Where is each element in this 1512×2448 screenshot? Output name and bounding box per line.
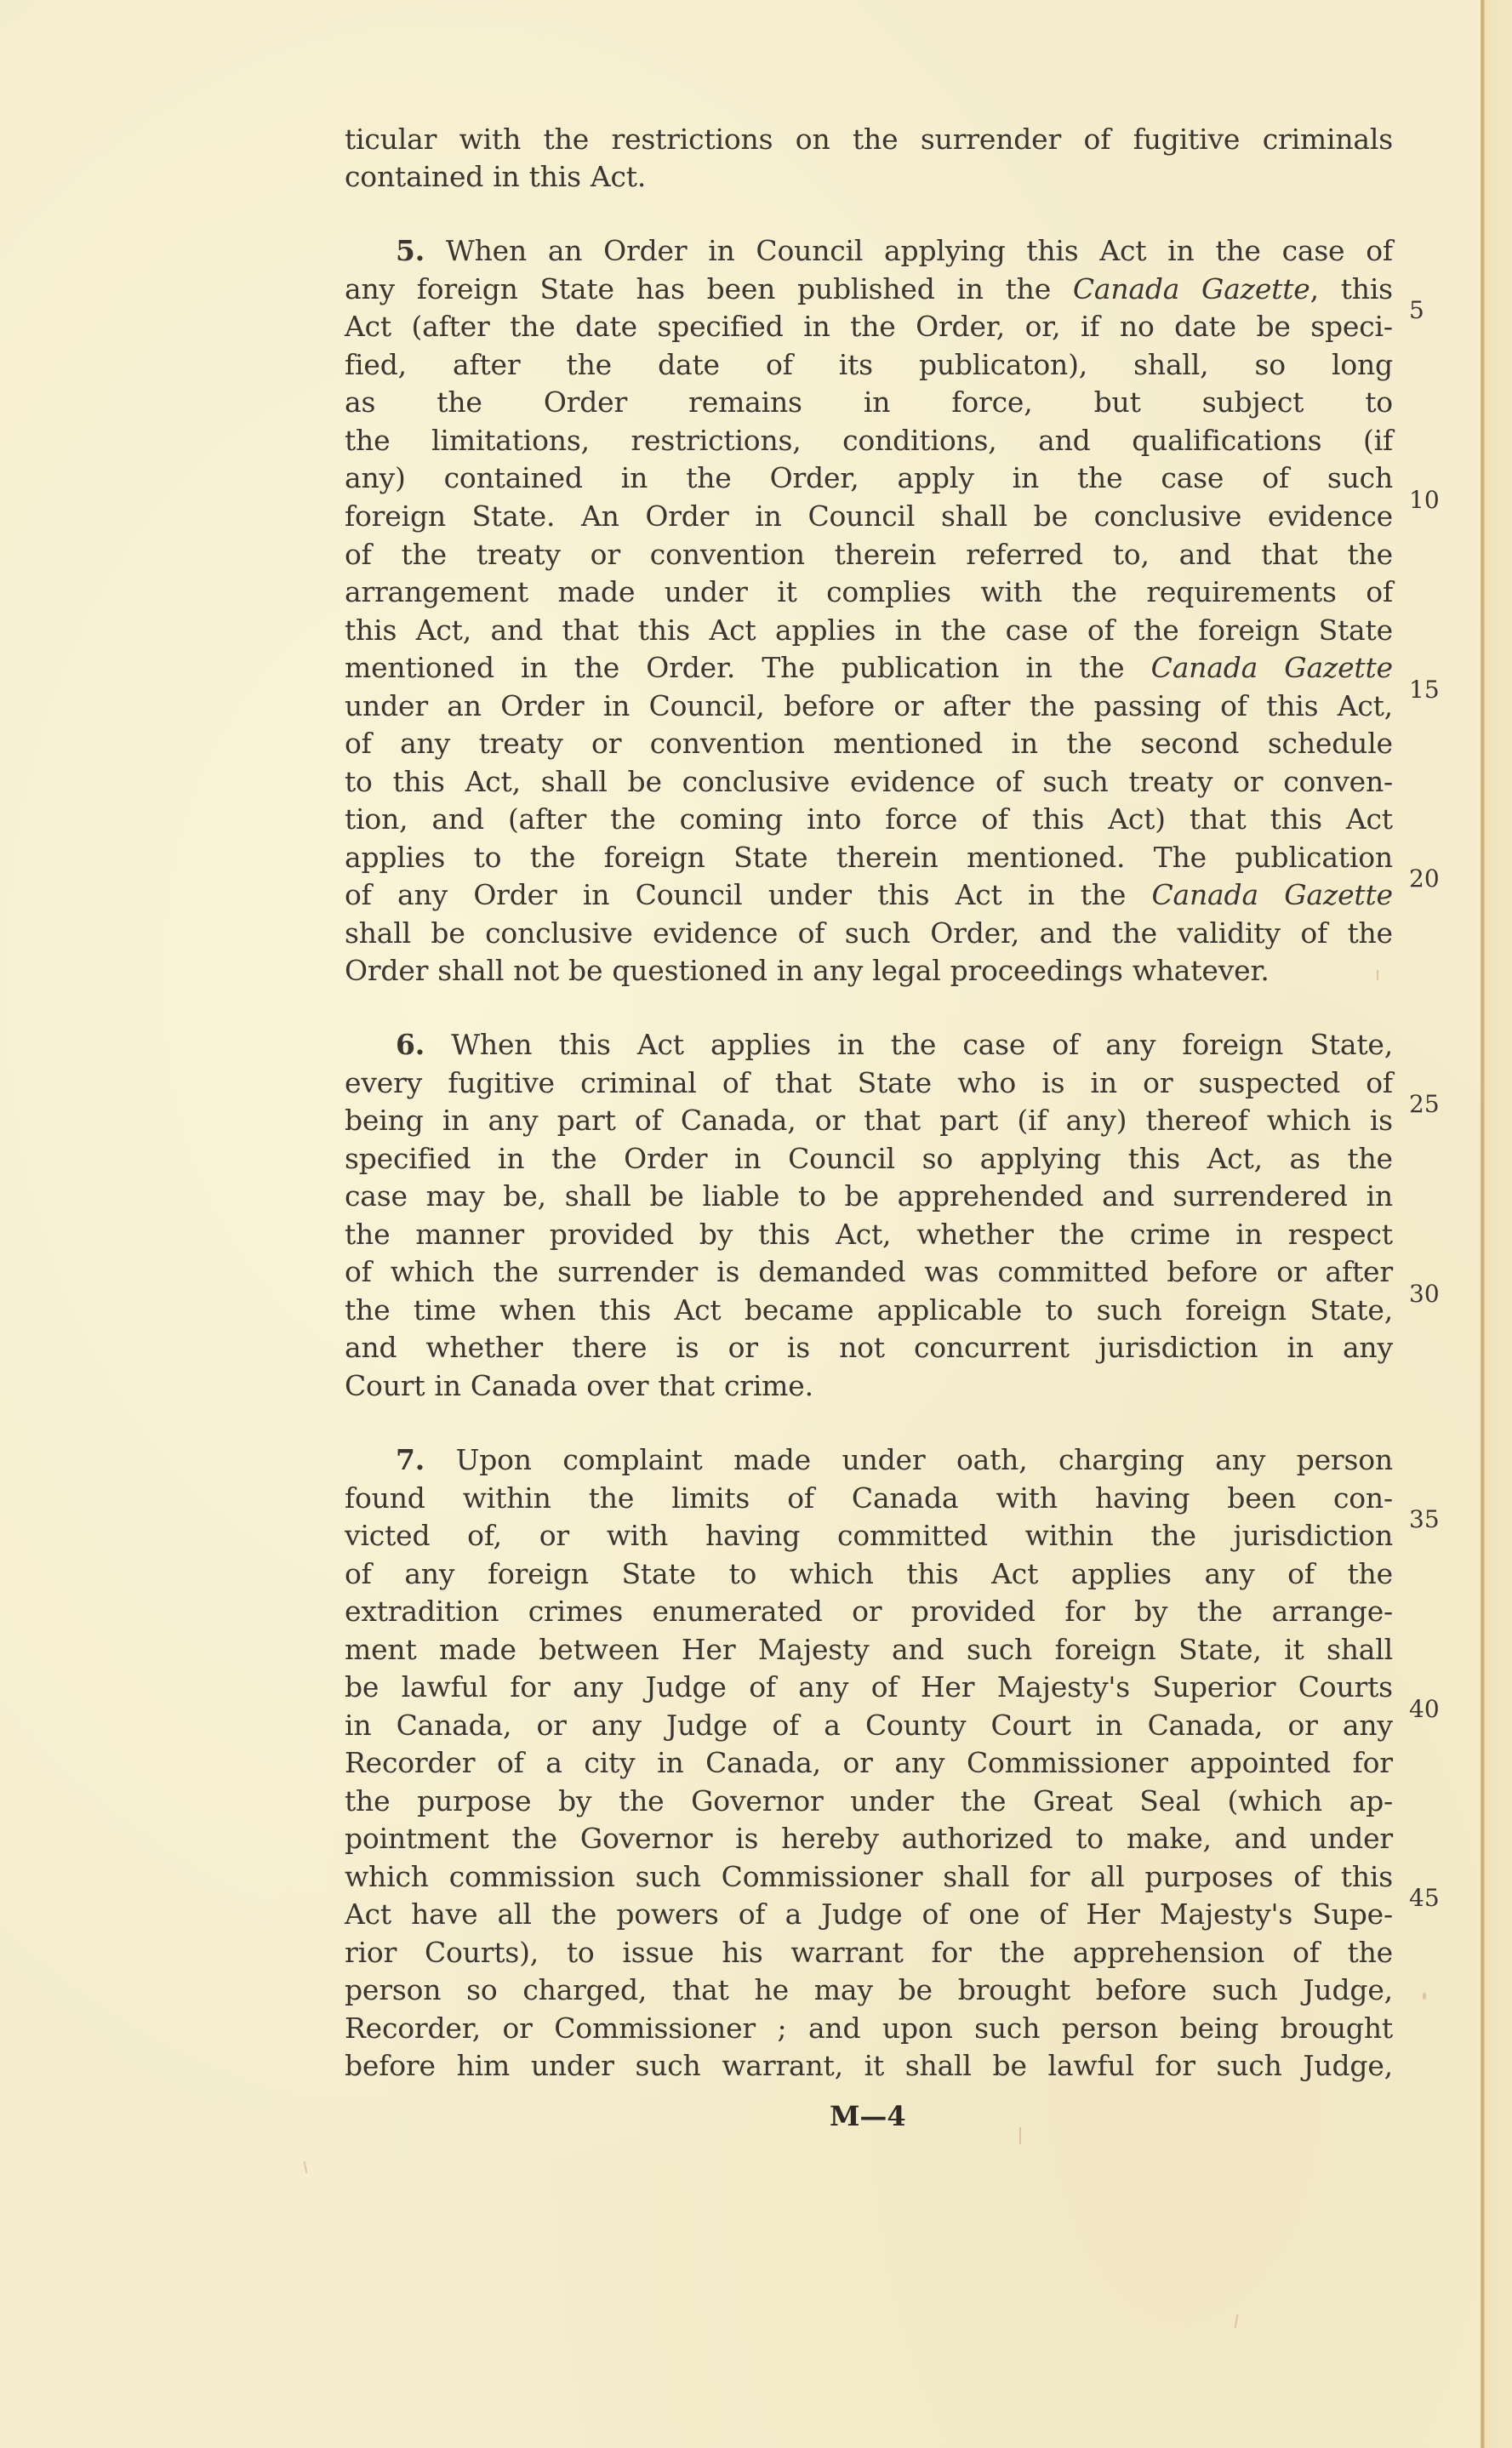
word: Act, (1338, 688, 1393, 725)
word: been (707, 271, 776, 308)
word: or, (1025, 308, 1061, 345)
word: State (858, 1064, 932, 1102)
text-line: appliestotheforeignStatethereinmentioned… (345, 839, 1393, 876)
word: of, (467, 1517, 502, 1555)
line-words: ofanyforeignStatetowhichthisActappliesan… (345, 1555, 1393, 1593)
section-first-line: 5.WhenanOrderinCouncilapplyingthisActint… (345, 232, 1393, 270)
word: specified (657, 308, 783, 345)
word: Judge (666, 1707, 747, 1744)
word: under (531, 2047, 614, 2085)
word: such (1042, 763, 1108, 801)
word: the (1347, 536, 1392, 573)
word: validity (1177, 915, 1280, 952)
word: and (1235, 1820, 1287, 1857)
word: or (591, 725, 621, 762)
word: under (842, 1441, 925, 1479)
word: Act (956, 876, 1002, 914)
word: to (567, 1934, 595, 1972)
word: or (539, 1517, 569, 1555)
word: for (931, 1934, 971, 1972)
word: no (1120, 308, 1155, 345)
word: such (967, 1631, 1032, 1669)
word: Majesty's (1160, 1896, 1292, 1933)
word: State. (472, 498, 556, 535)
word: is (676, 1329, 699, 1367)
word: became (745, 1292, 853, 1329)
word: remains (688, 384, 802, 421)
word: When (446, 232, 527, 270)
word: specified (345, 1140, 471, 1178)
word: authorized (902, 1820, 1053, 1857)
line-words: specifiedintheOrderinCouncilsoapplyingth… (345, 1140, 1393, 1178)
text-line: ofanytreatyorconventionmentionedinthesec… (345, 725, 1393, 762)
word: of (1300, 915, 1327, 952)
word: any (400, 725, 450, 762)
word: foreign (488, 1555, 589, 1593)
word: in (442, 1102, 469, 1139)
word: the (436, 384, 482, 421)
word: is (735, 1820, 758, 1857)
word: such (974, 2010, 1040, 2047)
word: conven- (1283, 763, 1393, 801)
word: date (658, 346, 720, 384)
text-line: belawfulforanyJudgeofanyofHerMajesty'sSu… (345, 1669, 1393, 1706)
word: all (498, 1896, 532, 1933)
word: this (877, 876, 929, 914)
margin-line-number: 15 (1409, 677, 1440, 703)
text-line: containedinthisAct. (345, 158, 1393, 196)
word: the (610, 801, 655, 838)
text-line: Ordershallnotbequestionedinanylegalproce… (345, 952, 1393, 990)
word: Her (1086, 1896, 1139, 1933)
word: long (1332, 346, 1393, 384)
word: of (766, 346, 793, 384)
word: the (402, 536, 447, 573)
word: victed (345, 1517, 430, 1555)
text-line: fied,afterthedateofitspublicaton),shall,… (345, 346, 1393, 384)
word: of (345, 536, 372, 573)
word: this (1266, 688, 1318, 725)
word: any (813, 952, 863, 990)
word: of (1293, 1858, 1321, 1896)
word: Act, (836, 1216, 891, 1253)
word: Council (807, 498, 915, 535)
word: such (1212, 1972, 1277, 2009)
word: of (981, 801, 1008, 838)
word: tion, (345, 801, 408, 838)
word: with (980, 573, 1042, 611)
word: in (434, 1367, 460, 1405)
word: Judge (821, 1896, 902, 1933)
word: pointment (345, 1820, 489, 1857)
word: Canada, (397, 1707, 512, 1744)
word: before (345, 2047, 436, 2085)
word: concurrent (914, 1329, 1070, 1367)
word: treaty (479, 725, 563, 762)
word: the (1066, 725, 1111, 762)
word: Canada, (1148, 1707, 1264, 1744)
word: complies (826, 573, 951, 611)
word: Act, (1207, 1140, 1263, 1178)
text-line: foundwithinthelimitsofCanadawithhavingbe… (345, 1480, 1393, 1517)
word: which (790, 1555, 874, 1593)
word: Judge, (1303, 1972, 1393, 2009)
word: any (488, 1102, 538, 1139)
word: to (474, 839, 502, 876)
line-words: ticularwiththerestrictionsonthesurrender… (345, 121, 1393, 158)
word: the (1347, 1140, 1392, 1178)
word: the (1000, 1934, 1045, 1972)
word: it (864, 2047, 884, 2085)
word: any (573, 1669, 623, 1706)
word: made (439, 1631, 516, 1669)
word: the (1081, 876, 1126, 914)
word: Act (345, 1896, 391, 1933)
text-line: themannerprovidedbythisAct,whetherthecri… (345, 1216, 1393, 1253)
word: legal (872, 952, 940, 990)
word: of (1287, 1555, 1315, 1593)
word: such (1217, 2047, 1282, 2085)
line-words: containedinthisAct. (345, 158, 1393, 196)
word: foreign (1182, 1026, 1283, 1064)
word: provided (911, 1593, 1036, 1630)
word: provided (550, 1216, 674, 1253)
word: applies (710, 1026, 811, 1064)
word: apply (898, 459, 974, 497)
margin-line-number: 30 (1409, 1281, 1440, 1307)
word: in (956, 271, 983, 308)
word: brought (1281, 2010, 1393, 2047)
word: extradition (345, 1593, 499, 1630)
word: purposes (1144, 1858, 1273, 1896)
word: made (733, 1441, 811, 1479)
word: convention (650, 536, 805, 573)
text-line: riorCourts),toissuehiswarrantfortheappre… (345, 1934, 1393, 1972)
word: coming (680, 801, 783, 838)
word: the (619, 1783, 664, 1820)
word: The (762, 649, 814, 687)
word: shall (345, 915, 411, 952)
text-line: whichcommissionsuchCommissionershallfora… (345, 1858, 1393, 1896)
text-line: anyforeignStatehasbeenpublishedintheCana… (345, 271, 1393, 308)
word: in (603, 688, 630, 725)
word: of (1052, 1026, 1079, 1064)
text-line: underanOrderinCouncil,beforeorafterthepa… (345, 688, 1393, 725)
word: into (807, 801, 861, 838)
word: (after (412, 308, 490, 345)
word: of (871, 1669, 899, 1706)
word: this (345, 612, 397, 649)
word: such (845, 915, 910, 952)
word: arrangement (345, 573, 528, 611)
word: Canada, (681, 1102, 796, 1139)
word: of (722, 1064, 750, 1102)
word: in (1012, 725, 1038, 762)
word: that (775, 1064, 832, 1102)
word: Council (756, 232, 863, 270)
word: this (1032, 801, 1084, 838)
line-words: beinginanypartofCanada,orthatpart(ifany)… (345, 1102, 1393, 1139)
word: limits (671, 1480, 750, 1517)
word: upon (882, 2010, 953, 2047)
word: every (345, 1064, 422, 1102)
word: the (850, 308, 895, 345)
word: the (1348, 1555, 1393, 1593)
word: contained (444, 459, 583, 497)
word: of (922, 1896, 950, 1933)
word: not (839, 1329, 885, 1367)
word: conditions, (842, 422, 996, 459)
text-line: tion,and(afterthecomingintoforceofthisAc… (345, 801, 1393, 838)
margin-line-number: 40 (1409, 1697, 1440, 1722)
word: schedule (1268, 725, 1393, 762)
line-words: mentmadebetweenHerMajestyandsuchforeignS… (345, 1631, 1393, 1669)
text-line: personsocharged,thathemaybebroughtbefore… (345, 1972, 1393, 2009)
word: brought (958, 1972, 1070, 2009)
word: An (581, 498, 619, 535)
line-words: any)containedintheOrder,applyinthecaseof… (345, 459, 1393, 497)
word: for (510, 1669, 550, 1706)
word: applies (345, 839, 445, 876)
word: or (842, 1744, 872, 1782)
word: of (787, 1480, 814, 1517)
line-words: riorCourts),toissuehiswarrantfortheappre… (345, 1934, 1393, 1972)
word: committed (837, 1517, 988, 1555)
word: by (558, 1783, 591, 1820)
word: conclusive (485, 915, 633, 952)
line-words: extraditioncrimesenumeratedorprovidedfor… (345, 1593, 1393, 1630)
word: so (466, 1972, 497, 2009)
word: in (498, 1140, 524, 1178)
word: ap- (1349, 1783, 1393, 1820)
word: the (961, 1783, 1006, 1820)
word: Commissioner (967, 1744, 1168, 1782)
word: such (1097, 1292, 1162, 1329)
line-words: ofanyOrderinCouncilunderthisActintheCana… (345, 876, 1393, 914)
word: proceedings (950, 952, 1123, 990)
word: the (510, 308, 555, 345)
word: ; (778, 2010, 787, 2047)
text-line: beinginanypartofCanada,orthatpart(ifany)… (345, 1102, 1393, 1139)
word: to (345, 763, 373, 801)
word: this (1270, 801, 1322, 838)
line-words: whichcommissionsuchCommissionershallfora… (345, 1858, 1393, 1896)
margin-line-number: 5 (1409, 298, 1424, 323)
word: if (1081, 308, 1099, 345)
paper-speck (1019, 2127, 1021, 2144)
word: for (1353, 1744, 1393, 1782)
word: Recorder, (345, 2010, 481, 2047)
word: Act, (465, 763, 521, 801)
word: con- (1333, 1480, 1393, 1517)
word: be (628, 763, 662, 801)
word: ment (345, 1631, 417, 1669)
text-line: everyfugitivecriminalofthatStatewhoisino… (345, 1064, 1393, 1102)
word: before (784, 688, 875, 725)
word: case (962, 1026, 1025, 1064)
word: The (1154, 839, 1207, 876)
word: in (345, 1707, 371, 1744)
word: such (1327, 459, 1393, 497)
word: of (1366, 1064, 1393, 1102)
line-words: arrangementmadeunderitcomplieswiththereq… (345, 573, 1393, 611)
adjacent-page-strip (1485, 0, 1512, 2448)
word: appointed (1190, 1744, 1331, 1782)
word: may (814, 1972, 873, 2009)
text-line: Act(afterthedatespecifiedintheOrder,or,i… (345, 308, 1393, 345)
word: having (1095, 1480, 1190, 1517)
word: applicable (877, 1292, 1022, 1329)
word: surrender (557, 1253, 698, 1291)
text-line: victedof,orwithhavingcommittedwithinthej… (345, 1517, 1393, 1555)
word: any (1105, 1026, 1155, 1064)
margin-line-number: 45 (1409, 1886, 1440, 1911)
word: mentioned (345, 649, 494, 687)
word: surrendered (1173, 1178, 1347, 1215)
word: any (1215, 1441, 1265, 1479)
word: complaint (562, 1441, 702, 1479)
word: an (447, 688, 482, 725)
word: on (796, 121, 830, 158)
text-line: arrangementmadeunderitcomplieswiththereq… (345, 573, 1393, 611)
word: under (850, 1783, 933, 1820)
word: enumerated (652, 1593, 822, 1630)
word: evidence (850, 763, 975, 801)
word: Act (1099, 232, 1146, 270)
word: Council, (649, 688, 765, 725)
word: city (584, 1744, 635, 1782)
word: date (1174, 308, 1236, 345)
text-line: thisAct,andthatthisActappliesinthecaseof… (345, 612, 1393, 649)
word: there (572, 1329, 647, 1367)
line-words: themannerprovidedbythisAct,whetherthecri… (345, 1216, 1393, 1253)
word: any (591, 1707, 642, 1744)
word: is (1370, 1102, 1393, 1139)
word: or (1288, 1707, 1318, 1744)
word: crimes (528, 1593, 623, 1630)
word: fugitive (1133, 121, 1241, 158)
word: Court (345, 1367, 425, 1405)
text-line: thelimitations,restrictions,conditions,a… (345, 422, 1393, 459)
word: in (521, 649, 547, 687)
word: shall, (1133, 346, 1208, 384)
word: shall (541, 763, 608, 801)
line-words: appliestotheforeignStatethereinmentioned… (345, 839, 1393, 876)
line-words: RecorderofacityinCanada,oranyCommissione… (345, 1744, 1393, 1782)
word: the (511, 1820, 556, 1857)
word: any (397, 876, 448, 914)
line-words: belawfulforanyJudgeofanyofHerMajesty'sSu… (345, 1669, 1393, 1706)
word: shall (1327, 1631, 1393, 1669)
word: after (1325, 1253, 1392, 1291)
word: arrange- (1272, 1593, 1393, 1630)
word: this (1341, 1858, 1393, 1896)
word: foreign (417, 271, 518, 308)
word: or (852, 1593, 882, 1630)
word: Commissioner (722, 1858, 923, 1896)
word: Her (682, 1631, 735, 1669)
word: (which (1227, 1783, 1321, 1820)
word: to (1076, 1820, 1104, 1857)
word: Order (473, 876, 556, 914)
word: part (557, 1102, 616, 1139)
word: or (503, 2010, 533, 2047)
word: foreign (1055, 1631, 1156, 1669)
word: him (457, 2047, 511, 2085)
word: applying (884, 232, 1005, 270)
word: Seal (1139, 1783, 1201, 1820)
word: Act (991, 1555, 1038, 1593)
word: jurisdiction (1098, 1329, 1258, 1367)
word: the (1150, 1517, 1195, 1555)
word: shall (941, 498, 1007, 535)
word: that (562, 612, 619, 649)
word: be (845, 1178, 879, 1215)
word: criminal (580, 1064, 697, 1102)
italic-word: Gazette (1201, 272, 1310, 305)
word: be (1256, 308, 1290, 345)
word: so (922, 1140, 953, 1178)
word: Order, (916, 308, 1005, 345)
word: in (803, 308, 830, 345)
word: any (1343, 1329, 1393, 1367)
line-words: mentionedintheOrder.ThepublicationintheC… (345, 649, 1393, 687)
word: his (722, 1934, 762, 1972)
word: in (734, 1140, 761, 1178)
word: a (824, 1707, 840, 1744)
word: in (1013, 459, 1039, 497)
word: mentioned (833, 725, 983, 762)
line-words: thisAct,andthatthisActappliesinthecaseof… (345, 612, 1393, 649)
word: part (939, 1102, 998, 1139)
section-number: 5. (396, 232, 425, 270)
line-words: astheOrderremainsinforce,butsubjectto (345, 384, 1393, 421)
word: in (864, 384, 890, 421)
word: is (1041, 1064, 1064, 1102)
text-line: ActhaveallthepowersofaJudgeofoneofHerMaj… (345, 1896, 1393, 1933)
word: in (1025, 649, 1052, 687)
word: treaty (476, 536, 561, 573)
word: found (345, 1480, 425, 1517)
word: this (906, 1555, 958, 1593)
text-line: any)containedintheOrder,applyinthecaseof… (345, 459, 1393, 497)
word: Governor (580, 1820, 712, 1857)
word: Order (645, 498, 728, 535)
word: be (345, 1669, 379, 1706)
word: any (1343, 1707, 1393, 1744)
word: Court (990, 1707, 1070, 1744)
word: any (404, 1555, 454, 1593)
word: of (1366, 573, 1393, 611)
word: who (957, 1064, 1016, 1102)
line-words: victedof,orwithhavingcommittedwithinthej… (345, 1517, 1393, 1555)
word: within (1025, 1517, 1114, 1555)
section-number: 7. (396, 1441, 425, 1479)
line-words: foundwithinthelimitsofCanadawithhavingbe… (345, 1480, 1393, 1517)
word: is (787, 1329, 810, 1367)
word: shall (437, 952, 504, 990)
word: the (345, 1216, 390, 1253)
word: foreign (604, 839, 705, 876)
word: Superior (1152, 1669, 1275, 1706)
word: limitations, (431, 422, 590, 459)
word: oath, (956, 1441, 1028, 1479)
line-words: inCanada,oranyJudgeofaCountyCourtinCanad… (345, 1707, 1393, 1744)
word: the (1079, 649, 1124, 687)
word: respect (1288, 1216, 1393, 1253)
line-words: casemaybe,shallbeliabletobeapprehendedan… (345, 1178, 1393, 1215)
word: of (1366, 232, 1393, 270)
